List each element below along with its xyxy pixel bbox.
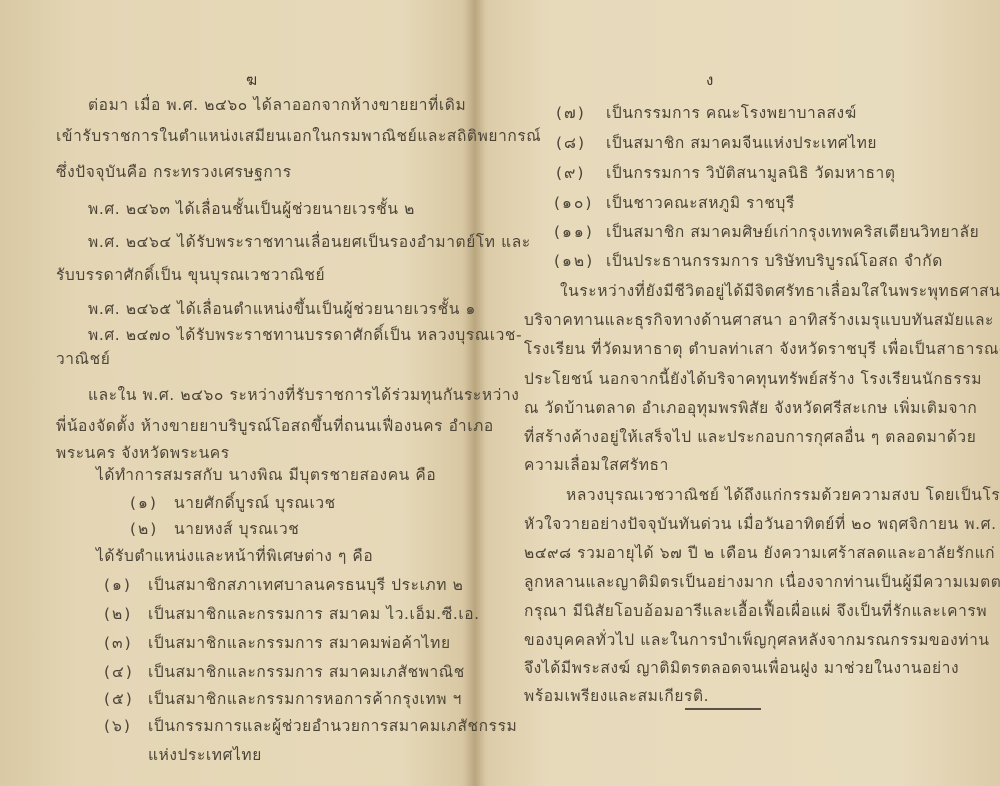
- text-line: ลูกหลานและญาติมิตรเป็นอย่างมาก เนื่องจาก…: [524, 569, 1000, 594]
- left-page: ฆ ต่อมา เมื่อ พ.ศ. ๒๔๖๐ ได้ลาออกจากห้างข…: [0, 0, 470, 786]
- position-text: เป็นสมาชิกและกรรมการ สมาคม ไว.เอ็ม.ซี.เอ…: [148, 605, 480, 623]
- item-number: (๑๐): [554, 190, 606, 215]
- text-line: จึงได้มีพระสงฆ์ ญาติมิตรตลอดจนเพื่อนฝูง …: [524, 655, 959, 680]
- position-item: (๕)เป็นสมาชิกและกรรมการหอการค้ากรุงเทพ ฯ: [104, 686, 462, 711]
- text-line: ซึ่งปัจจุบันคือ กระทรวงเศรษฐการ: [56, 159, 292, 184]
- text-line: วาณิชย์: [56, 346, 110, 371]
- item-number: (๒): [130, 516, 174, 541]
- text-line: ได้ทำการสมรสกับ นางพิณ มีบุตรชายสองคน คื…: [96, 462, 436, 487]
- position-text: เป็นสมาชิกและกรรมการ สมาคมเภสัชพาณิช: [148, 663, 465, 681]
- position-item: (๗)เป็นกรรมการ คณะโรงพยาบาลสงฆ์: [556, 100, 857, 125]
- page-number: ฆ: [246, 68, 257, 92]
- position-item: (๒)เป็นสมาชิกและกรรมการ สมาคม ไว.เอ็ม.ซี…: [104, 601, 480, 626]
- item-number: (๑๒): [554, 248, 606, 273]
- text-line: ๒๔๙๘ รวมอายุได้ ๖๗ ปี ๒ เดือน ยังความเศร…: [524, 540, 995, 565]
- position-text: เป็นสมาชิก สมาคมจีนแห่งประเทศไทย: [606, 134, 877, 152]
- text-line: และใน พ.ศ. ๒๔๖๐ ระหว่างที่รับราชการได้ร่…: [88, 382, 519, 407]
- position-text: เป็นประธานกรรมการ บริษัทบริบูรณ์โอสถ จำก…: [606, 252, 943, 270]
- position-item: (๔)เป็นสมาชิกและกรรมการ สมาคมเภสัชพาณิช: [104, 659, 465, 684]
- text-line: หัวใจวายอย่างปัจจุบันทันด่วน เมื่อวันอาท…: [524, 511, 997, 536]
- text-line: ความเลื่อมใสศรัทธา: [524, 452, 669, 477]
- position-text: เป็นสมาชิกและกรรมการหอการค้ากรุงเทพ ฯ: [148, 690, 462, 708]
- position-text: เป็นกรรมการ วิบัติสนามูลนิธิ วัดมหาธาตุ: [606, 164, 896, 182]
- position-item: (๑๒)เป็นประธานกรรมการ บริษัทบริบูรณ์โอสถ…: [554, 248, 943, 273]
- text-line: ณ วัดบ้านตลาด อำเภออุทุมพรพิสัย จังหวัดศ…: [524, 395, 977, 420]
- position-item: (๑)เป็นสมาชิกสภาเทศบาลนครธนบุรี ประเภท ๒: [104, 572, 463, 597]
- text-line: พ.ศ. ๒๔๗๐ ได้รับพระราชทานบรรดาศักดิ์เป็น…: [88, 322, 522, 347]
- item-number: (๓): [104, 630, 148, 655]
- son-name: นายหงส์ บุรณเวช: [174, 520, 299, 538]
- text-line: กรุณา มีนิสัยโอบอ้อมอารีและเอื้อเฟื้อเผื…: [524, 598, 987, 623]
- text-line: โรงเรียน ที่วัดมหาธาตุ ตำบลท่าเสา จังหวั…: [524, 336, 1000, 361]
- position-text: เป็นสมาชิก สมาคมศิษย์เก่ากรุงเทพคริสเตีย…: [606, 223, 979, 241]
- item-number: (๘): [556, 130, 606, 155]
- position-continuation: แห่งประเทศไทย: [148, 742, 262, 767]
- position-text: เป็นชาวคณะสหภูมิ ราชบุรี: [606, 194, 795, 212]
- position-text: เป็นกรรมการ คณะโรงพยาบาลสงฆ์: [606, 104, 857, 122]
- item-number: (๙): [556, 160, 606, 185]
- position-item: (๑๑)เป็นสมาชิก สมาคมศิษย์เก่ากรุงเทพคริส…: [554, 219, 979, 244]
- text-line: พร้อมเพรียงและสมเกียรติ.: [524, 683, 709, 708]
- text-line: ที่สร้างค้างอยู่ให้เสร็จไป และประกอบการก…: [524, 424, 976, 449]
- text-line: เข้ารับราชการในตำแหน่งเสมียนเอกในกรมพาณิ…: [56, 123, 541, 148]
- position-item: (๖)เป็นกรรมการและผู้ช่วยอำนวยการสมาคมเภส…: [104, 713, 517, 738]
- position-text: เป็นกรรมการและผู้ช่วยอำนวยการสมาคมเภสัชก…: [148, 717, 517, 735]
- page-number: ง: [706, 68, 713, 92]
- text-line: ในระหว่างที่ยังมีชีวิตอยู่ได้มีจิตศรัทธา…: [560, 278, 1000, 303]
- position-item: (๙)เป็นกรรมการ วิบัติสนามูลนิธิ วัดมหาธา…: [556, 160, 896, 185]
- text-line: พ.ศ. ๒๔๖๕ ได้เลื่อนตำแหน่งขึ้นเป็นผู้ช่ว…: [88, 296, 476, 321]
- text-line: ต่อมา เมื่อ พ.ศ. ๒๔๖๐ ได้ลาออกจากห้างขาย…: [88, 92, 466, 117]
- son-item: (๒)นายหงส์ บุรณเวช: [130, 516, 299, 541]
- right-page: ง (๗)เป็นกรรมการ คณะโรงพยาบาลสงฆ์ (๘)เป็…: [480, 0, 1000, 786]
- item-number: (๕): [104, 686, 148, 711]
- position-item: (๓)เป็นสมาชิกและกรรมการ สมาคมพ่อค้าไทย: [104, 630, 451, 655]
- position-text: เป็นสมาชิกสภาเทศบาลนครธนบุรี ประเภท ๒: [148, 576, 463, 594]
- end-divider: [685, 708, 761, 710]
- position-item: (๑๐)เป็นชาวคณะสหภูมิ ราชบุรี: [554, 190, 795, 215]
- position-item: (๘)เป็นสมาชิก สมาคมจีนแห่งประเทศไทย: [556, 130, 877, 155]
- text-line: รับบรรดาศักดิ์เป็น ขุนบุรณเวชวาณิชย์: [56, 262, 325, 287]
- text-line: พ.ศ. ๒๔๖๔ ได้รับพระราชทานเลื่อนยศเป็นรอง…: [88, 229, 531, 254]
- item-number: (๑): [104, 572, 148, 597]
- text-line: ประโยชน์ นอกจากนี้ยังได้บริจาคทุนทรัพย์ส…: [524, 366, 982, 391]
- positions-intro: ได้รับตำแหน่งและหน้าที่พิเศษต่าง ๆ คือ: [96, 543, 373, 568]
- text-line: หลวงบุรณเวชวาณิชย์ ได้ถึงแก่กรรมด้วยความ…: [566, 482, 1000, 507]
- item-number: (๗): [556, 100, 606, 125]
- text-line: บริจาคทานและธุรกิจทางด้านศาสนา อาทิสร้าง…: [524, 307, 994, 332]
- item-number: (๖): [104, 713, 148, 738]
- son-item: (๑)นายศักดิ์บูรณ์ บุรณเวช: [130, 490, 336, 515]
- text-line: ของบุคคลทั่วไป และในการบำเพ็ญกุศลหลังจาก…: [524, 627, 990, 652]
- text-line: พ.ศ. ๒๔๖๓ ได้เลื่อนชั้นเป็นผู้ช่วยนายเวร…: [88, 196, 415, 221]
- item-number: (๒): [104, 601, 148, 626]
- position-text: เป็นสมาชิกและกรรมการ สมาคมพ่อค้าไทย: [148, 634, 451, 652]
- item-number: (๑): [130, 490, 174, 515]
- item-number: (๑๑): [554, 219, 606, 244]
- book-spread: ฆ ต่อมา เมื่อ พ.ศ. ๒๔๖๐ ได้ลาออกจากห้างข…: [0, 0, 1000, 786]
- son-name: นายศักดิ์บูรณ์ บุรณเวช: [174, 494, 336, 512]
- item-number: (๔): [104, 659, 148, 684]
- text-line: พี่น้องจัดตั้ง ห้างขายยาบริบูรณ์โอสถขึ้น…: [56, 413, 494, 438]
